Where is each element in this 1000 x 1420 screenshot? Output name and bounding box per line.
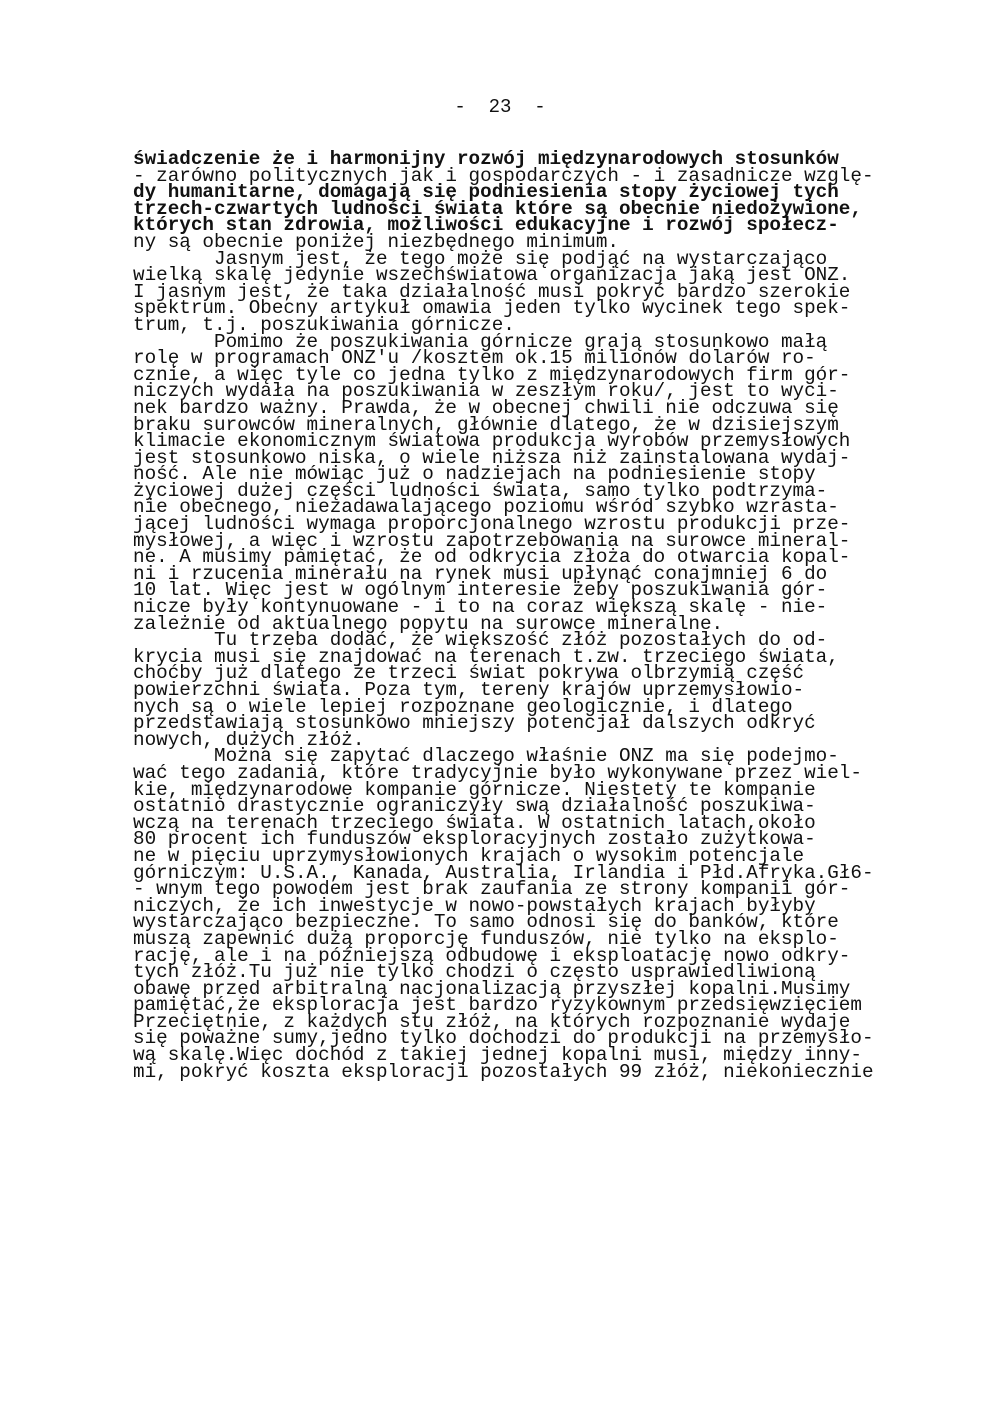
page-number: - 23 - [0,96,1000,118]
document-body: świadczenie że i harmonijny rozwój międz… [133,151,874,1080]
text-line: mi, pokryć koszta eksploracji pozostałyc… [133,1064,874,1081]
